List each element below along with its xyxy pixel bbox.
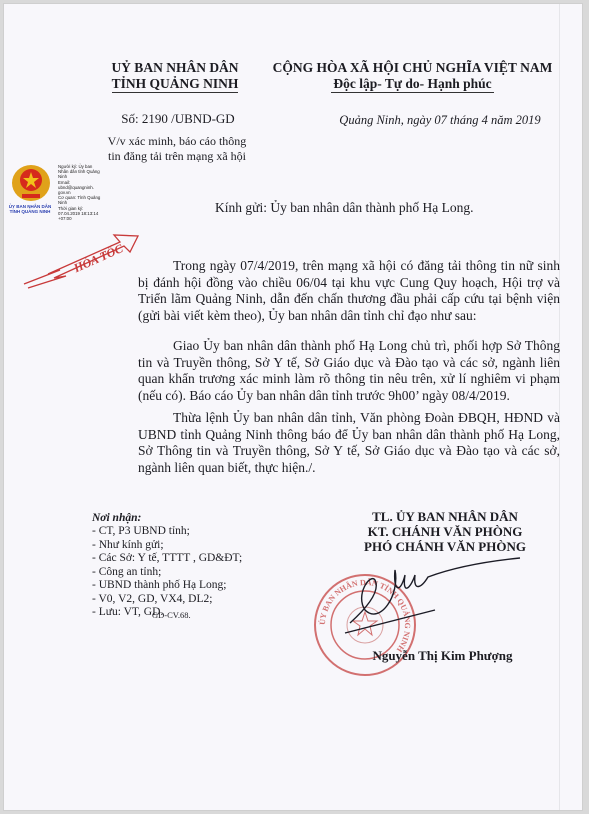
- issuing-organization: UỶ BAN NHÂN DÂN TỈNH QUẢNG NINH: [95, 60, 255, 93]
- recipient-item: - UBND thành phố Hạ Long;: [92, 579, 242, 593]
- urgent-stamp: HỎA TỐC: [20, 232, 140, 292]
- signature-line-1: TL. ỦY BAN NHÂN DÂN: [335, 509, 555, 524]
- national-heading: CỘNG HÒA XÃ HỘI CHỦ NGHĨA VIỆT NAM Độc l…: [255, 60, 570, 93]
- urgent-stamp-text: HỎA TỐC: [70, 240, 126, 276]
- recipient-item: - V0, V2, GD, VX4, DL2;: [92, 593, 242, 607]
- handwritten-signature-icon: [340, 555, 540, 645]
- recipient-line: Kính gửi: Ủy ban nhân dân thành phố Hạ L…: [215, 200, 515, 216]
- sig-info-line: +07:00: [58, 216, 113, 221]
- paragraph-text: Thừa lệnh Ủy ban nhân dân tỉnh, Văn phòn…: [138, 410, 560, 476]
- document-subject: V/v xác minh, báo cáo thông tin đăng tải…: [92, 134, 262, 164]
- recipient-item: - CT, P3 UBND tỉnh;: [92, 525, 242, 539]
- org-line-2: TỈNH QUẢNG NINH: [112, 76, 239, 93]
- national-emblem-icon: [10, 163, 52, 203]
- recipient-item: - Công an tỉnh;: [92, 566, 242, 580]
- recipient-item: - Các Sở: Y tế, TTTT , GD&ĐT;: [92, 552, 242, 566]
- signature-block: TL. ỦY BAN NHÂN DÂN KT. CHÁNH VĂN PHÒNG …: [335, 509, 555, 554]
- signature-line-3: PHÓ CHÁNH VĂN PHÒNG: [335, 539, 555, 554]
- document-code: GD-CV.68.: [152, 610, 191, 620]
- body-paragraph-3: Thừa lệnh Ủy ban nhân dân tỉnh, Văn phòn…: [138, 410, 560, 476]
- subject-line-1: V/v xác minh, báo cáo thông: [92, 134, 262, 149]
- emblem-caption: ỦY BAN NHÂN DÂN TỈNH QUẢNG NINH: [5, 204, 55, 214]
- recipients-list: - CT, P3 UBND tỉnh; - Như kính gửi; - Cá…: [92, 525, 242, 620]
- date-line: Quảng Ninh, ngày 07 tháng 4 năm 2019: [300, 113, 580, 128]
- emblem-caption-line-2: TỈNH QUẢNG NINH: [5, 209, 55, 214]
- nation-line-1: CỘNG HÒA XÃ HỘI CHỦ NGHĨA VIỆT NAM: [255, 60, 570, 76]
- paragraph-text: Giao Ủy ban nhân dân thành phố Hạ Long c…: [138, 338, 560, 404]
- signature-line-2: KT. CHÁNH VĂN PHÒNG: [335, 524, 555, 539]
- document-number: Số: 2190 /UBND-GD: [98, 111, 258, 127]
- paragraph-text: Trong ngày 07/4/2019, trên mạng xã hội c…: [138, 258, 560, 324]
- body-paragraph-2: Giao Ủy ban nhân dân thành phố Hạ Long c…: [138, 338, 560, 404]
- signer-name: Nguyễn Thị Kim Phượng: [330, 648, 555, 664]
- org-line-1: UỶ BAN NHÂN DÂN: [95, 60, 255, 76]
- nation-motto: Độc lập- Tự do- Hạnh phúc: [331, 76, 493, 93]
- body-paragraph-1: Trong ngày 07/4/2019, trên mạng xã hội c…: [138, 258, 560, 324]
- digital-signature-info: Người ký: Ủy ban Nhân dân tỉnh Quảng Nin…: [58, 164, 113, 221]
- recipient-item: - Như kính gửi;: [92, 539, 242, 553]
- subject-line-2: tin đăng tải trên mạng xã hội: [92, 149, 262, 164]
- recipients-label: Nơi nhận:: [92, 512, 141, 524]
